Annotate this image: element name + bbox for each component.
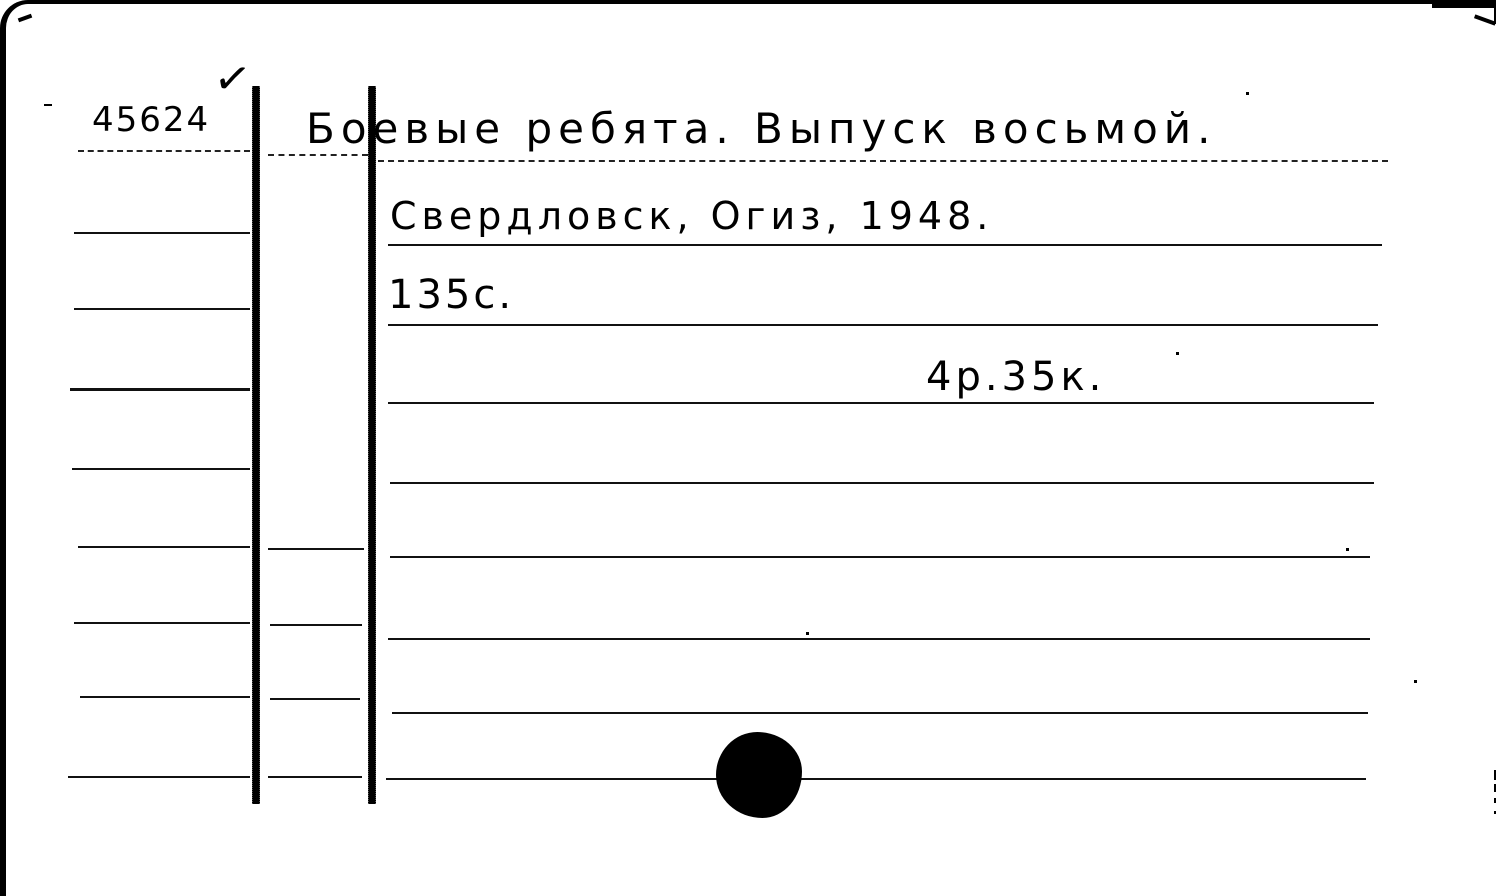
speck	[1176, 352, 1179, 355]
ruled-line	[78, 150, 250, 152]
call-number: 45624	[92, 100, 210, 140]
ruled-line	[268, 548, 364, 550]
speck	[1414, 680, 1417, 683]
ruled-line	[74, 622, 250, 624]
ruled-line	[388, 638, 1370, 640]
ruled-line	[270, 698, 360, 700]
top-edge-mark	[1432, 4, 1496, 8]
speck	[806, 632, 809, 635]
ruled-line	[390, 556, 1370, 558]
page-count: 135с.	[388, 272, 514, 318]
ruled-line	[68, 776, 250, 778]
punch-hole	[716, 732, 802, 818]
ruled-line	[80, 696, 250, 698]
corner-scratch	[1474, 14, 1496, 25]
check-mark: ✓	[211, 51, 259, 107]
ruled-line	[388, 324, 1378, 326]
speck	[1346, 548, 1349, 551]
book-title: Боевые ребята. Выпуск восьмой.	[306, 104, 1216, 153]
ruled-line	[268, 776, 362, 778]
ruled-line	[78, 546, 250, 548]
price: 4р.35к.	[926, 354, 1105, 400]
ruled-line	[268, 154, 368, 156]
ruled-line	[72, 468, 250, 470]
speck	[1246, 92, 1249, 95]
left-column-divider	[252, 86, 260, 804]
ruled-line	[392, 712, 1368, 714]
ruled-line	[270, 624, 362, 626]
ruled-line	[378, 160, 1388, 162]
ruled-line	[74, 308, 250, 310]
ruled-line	[70, 388, 250, 391]
right-column-divider	[368, 86, 376, 804]
imprint: Свердловск, Огиз, 1948.	[390, 194, 993, 238]
corner-scratch	[18, 14, 33, 23]
ruled-line	[74, 232, 250, 234]
ruled-line	[388, 402, 1374, 404]
catalog-card: ✓ 45624 Боевые ребята. Выпуск восьмой. С…	[0, 0, 1496, 896]
margin-dash	[44, 104, 52, 106]
ruled-line	[390, 482, 1374, 484]
ruled-line	[386, 778, 1366, 780]
ruled-line	[388, 244, 1382, 246]
